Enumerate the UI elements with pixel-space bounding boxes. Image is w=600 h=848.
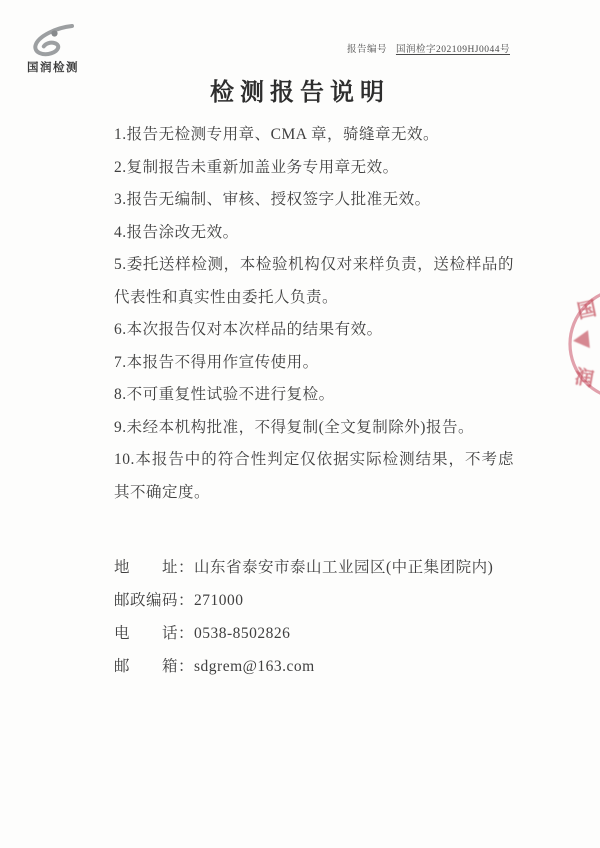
seal-text-fragment-top: 国 [574,293,598,323]
disclaimer-item-9: 9.未经本机构批准，不得复制(全文复制除外)报告。 [114,412,514,445]
postcode-value: 271000 [194,584,244,617]
seal-star-tip-icon [572,330,590,350]
disclaimer-list: 1.报告无检测专用章、CMA 章，骑缝章无效。 2.复制报告未重新加盖业务专用章… [114,119,514,509]
report-number-value: 国润检字202109HJ0044号 [396,45,510,55]
phone-label: 电 话： [114,617,194,650]
disclaimer-item-7: 7.本报告不得用作宣传使用。 [114,347,514,380]
address-label: 地 址： [114,551,194,584]
contact-block: 地 址： 山东省泰安市泰山工业园区(中正集团院内) 邮政编码： 271000 电… [114,551,534,683]
contact-phone-row: 电 话： 0538-8502826 [114,617,534,650]
disclaimer-item-2: 2.复制报告未重新加盖业务专用章无效。 [114,152,514,185]
contact-email-row: 邮 箱： sdgrem@163.com [114,650,534,683]
phone-value: 0538-8502826 [194,617,290,650]
red-seal-partial: 国 润 [568,283,600,405]
disclaimer-item-10: 10.本报告中的符合性判定仅依据实际检测结果，不考虑其不确定度。 [114,444,514,509]
seal-circle-arc-icon [568,283,600,405]
disclaimer-item-1: 1.报告无检测专用章、CMA 章，骑缝章无效。 [114,119,514,152]
disclaimer-item-6: 6.本次报告仅对本次样品的结果有效。 [114,314,514,347]
postcode-label: 邮政编码： [114,584,194,617]
disclaimer-item-8: 8.不可重复性试验不进行复检。 [114,379,514,412]
disclaimer-item-3: 3.报告无编制、审核、授权签字人批准无效。 [114,184,514,217]
disclaimer-item-5: 5.委托送样检测，本检验机构仅对来样负责，送检样品的代表性和真实性由委托人负责。 [114,249,514,314]
disclaimer-item-4: 4.报告涂改无效。 [114,217,514,250]
email-label: 邮 箱： [114,650,194,683]
document-page: 国润检测 报告编号 国润检字202109HJ0044号 检测报告说明 1.报告无… [0,0,600,848]
company-logo: 国润检测 [27,24,87,75]
report-number-label: 报告编号 [347,45,387,55]
address-value: 山东省泰安市泰山工业园区(中正集团院内) [194,551,493,584]
report-number: 报告编号 国润检字202109HJ0044号 [347,41,510,55]
contact-postcode-row: 邮政编码： 271000 [114,584,534,617]
logo-g-swoosh-icon [27,24,75,58]
seal-text-fragment-bottom: 润 [573,362,596,392]
contact-address-row: 地 址： 山东省泰安市泰山工业园区(中正集团院内) [114,551,534,584]
email-value: sdgrem@163.com [194,650,315,683]
page-title: 检测报告说明 [0,72,600,107]
